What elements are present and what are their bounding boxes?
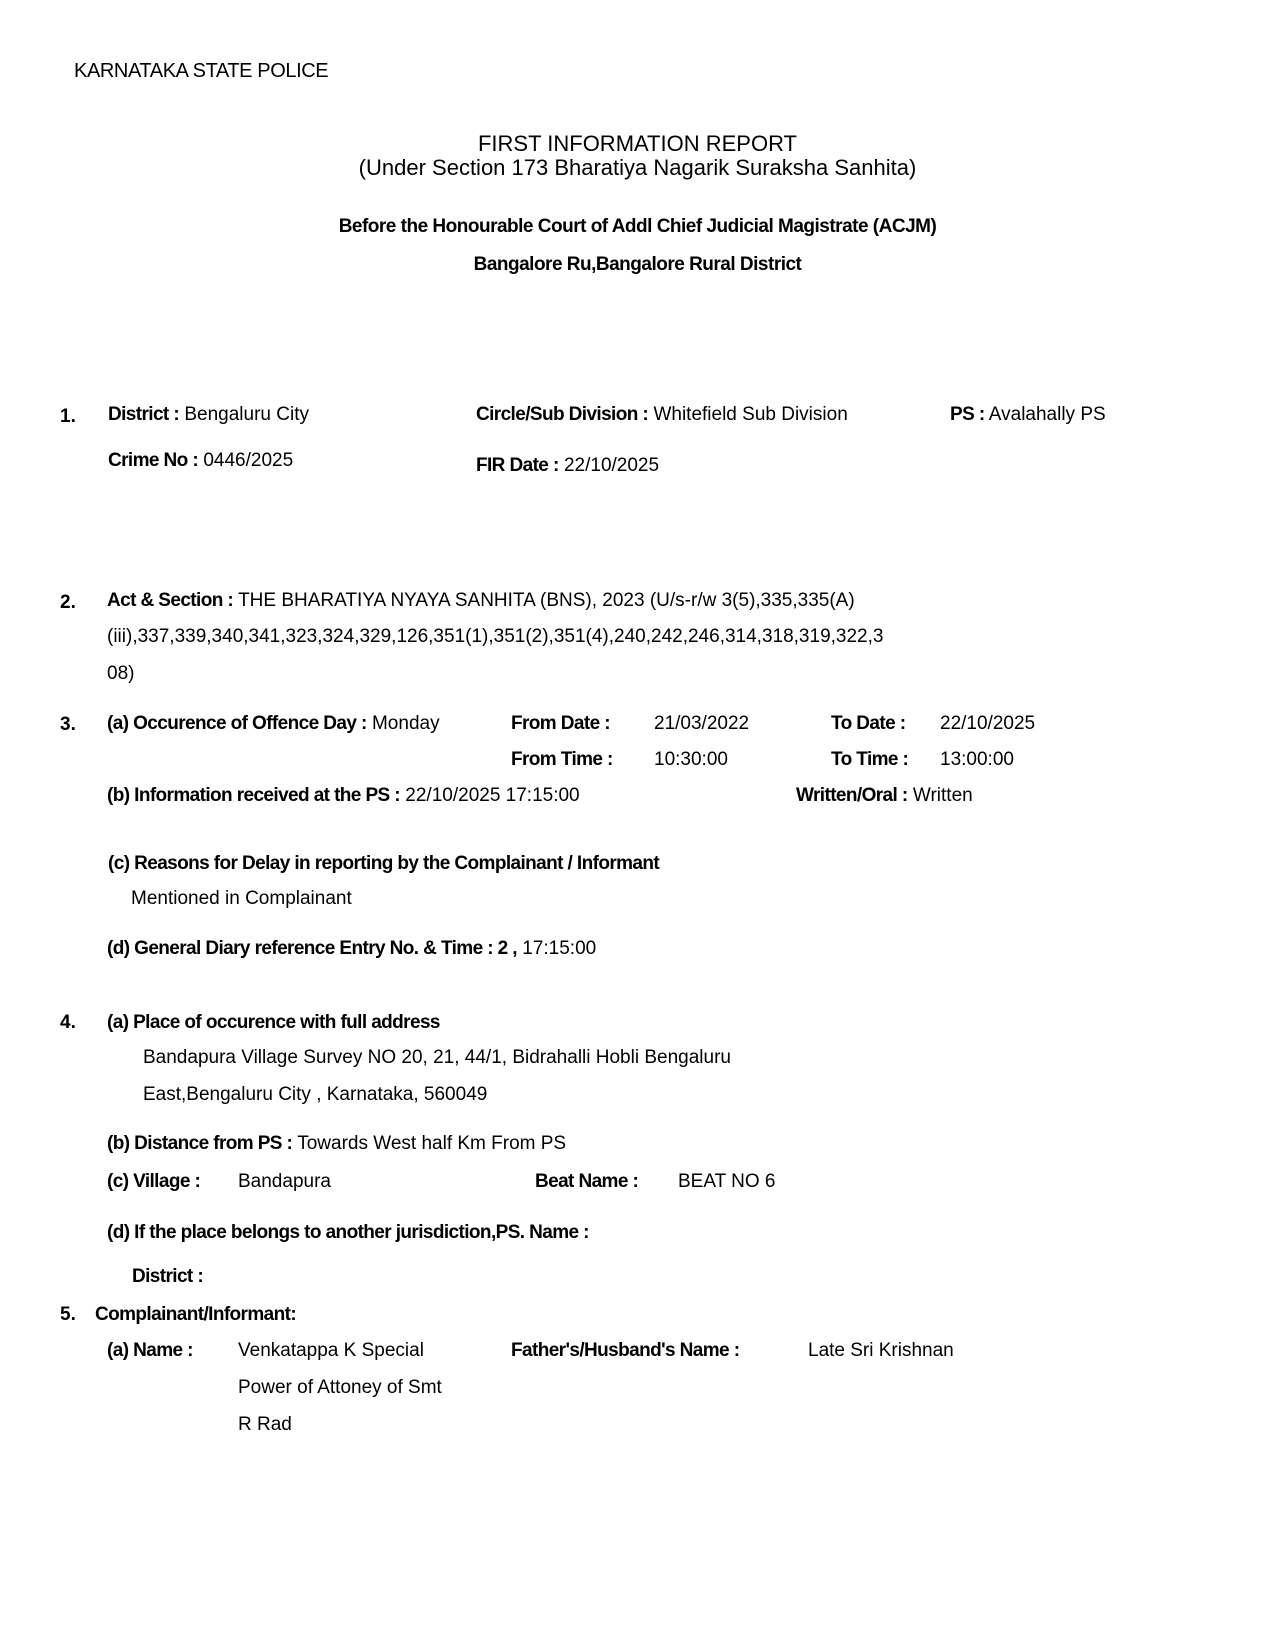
general-diary-field: (d) General Diary reference Entry No. & … bbox=[107, 938, 596, 960]
district-value: Bengaluru City bbox=[184, 404, 309, 425]
complainant-heading: Complainant/Informant: bbox=[95, 1304, 296, 1326]
father-husband-value: Late Sri Krishnan bbox=[808, 1340, 954, 1362]
other-jurisdiction-label: (d) If the place belongs to another juri… bbox=[107, 1222, 589, 1244]
to-time-label: To Time : bbox=[831, 749, 908, 771]
fir-date-value: 22/10/2025 bbox=[564, 455, 659, 476]
beat-name-value: BEAT NO 6 bbox=[678, 1171, 776, 1193]
written-oral-label: Written/Oral : bbox=[796, 785, 908, 806]
from-date-label: From Date : bbox=[511, 713, 610, 735]
section-1-number: 1. bbox=[60, 406, 76, 428]
written-oral-field: Written/Oral : Written bbox=[796, 785, 973, 807]
offence-day-value: Monday bbox=[372, 713, 440, 734]
act-section-line-2: (iii),337,339,340,341,323,324,329,126,35… bbox=[107, 626, 883, 648]
offence-day-field: (a) Occurence of Offence Day : Monday bbox=[107, 713, 440, 735]
distance-field: (b) Distance from PS : Towards West half… bbox=[107, 1133, 566, 1155]
report-title: FIRST INFORMATION REPORT bbox=[0, 132, 1275, 156]
fir-date-label: FIR Date : bbox=[476, 455, 559, 476]
circle-label: Circle/Sub Division : bbox=[476, 404, 648, 425]
distance-value: Towards West half Km From PS bbox=[297, 1133, 566, 1154]
other-district-label: District : bbox=[132, 1266, 203, 1288]
act-section-label: Act & Section : bbox=[107, 590, 233, 611]
from-date-value: 21/03/2022 bbox=[654, 713, 749, 735]
ps-value: Avalahally PS bbox=[989, 404, 1106, 425]
section-3-number: 3. bbox=[60, 714, 76, 736]
village-value: Bandapura bbox=[238, 1171, 331, 1193]
from-time-value: 10:30:00 bbox=[654, 749, 728, 771]
info-received-value: 22/10/2025 17:15:00 bbox=[405, 785, 579, 806]
district-label: District : bbox=[108, 404, 179, 425]
report-subtitle: (Under Section 173 Bharatiya Nagarik Sur… bbox=[0, 156, 1275, 180]
info-received-field: (b) Information received at the PS : 22/… bbox=[107, 785, 580, 807]
offence-day-label: (a) Occurence of Offence Day : bbox=[107, 713, 367, 734]
circle-field: Circle/Sub Division : Whitefield Sub Div… bbox=[476, 404, 848, 426]
court-line-2: Bangalore Ru,Bangalore Rural District bbox=[0, 254, 1275, 276]
agency-name: KARNATAKA STATE POLICE bbox=[74, 60, 328, 83]
written-oral-value: Written bbox=[913, 785, 973, 806]
act-section-line-3: 08) bbox=[107, 663, 134, 685]
crime-no-label: Crime No : bbox=[108, 450, 198, 471]
ps-field: PS : Avalahally PS bbox=[950, 404, 1106, 426]
act-section-field: Act & Section : THE BHARATIYA NYAYA SANH… bbox=[107, 590, 855, 612]
to-date-label: To Date : bbox=[831, 713, 905, 735]
to-time-value: 13:00:00 bbox=[940, 749, 1014, 771]
delay-reason-label: (c) Reasons for Delay in reporting by th… bbox=[108, 853, 659, 875]
general-diary-time: 17:15:00 bbox=[522, 938, 596, 959]
crime-no-field: Crime No : 0446/2025 bbox=[108, 450, 293, 472]
distance-label: (b) Distance from PS : bbox=[107, 1133, 292, 1154]
place-address-line-1: Bandapura Village Survey NO 20, 21, 44/1… bbox=[143, 1047, 731, 1069]
crime-no-value: 0446/2025 bbox=[203, 450, 293, 471]
act-section-line-1: THE BHARATIYA NYAYA SANHITA (BNS), 2023 … bbox=[238, 590, 855, 611]
place-label: (a) Place of occurence with full address bbox=[107, 1012, 440, 1034]
place-address-line-2: East,Bengaluru City , Karnataka, 560049 bbox=[143, 1084, 487, 1106]
delay-reason-value: Mentioned in Complainant bbox=[131, 888, 352, 910]
info-received-label: (b) Information received at the PS : bbox=[107, 785, 400, 806]
father-husband-label: Father's/Husband's Name : bbox=[511, 1340, 739, 1362]
complainant-name-line-1: Venkatappa K Special bbox=[238, 1340, 424, 1362]
general-diary-label: (d) General Diary reference Entry No. & … bbox=[107, 938, 517, 959]
circle-value: Whitefield Sub Division bbox=[653, 404, 847, 425]
court-line-1: Before the Honourable Court of Addl Chie… bbox=[0, 216, 1275, 238]
section-4-number: 4. bbox=[60, 1012, 76, 1034]
section-5-number: 5. bbox=[60, 1304, 76, 1326]
village-label: (c) Village : bbox=[107, 1171, 200, 1193]
beat-name-label: Beat Name : bbox=[535, 1171, 638, 1193]
complainant-name-line-3: R Rad bbox=[238, 1414, 292, 1436]
complainant-name-line-2: Power of Attoney of Smt bbox=[238, 1377, 442, 1399]
fir-date-field: FIR Date : 22/10/2025 bbox=[476, 455, 659, 477]
from-time-label: From Time : bbox=[511, 749, 613, 771]
district-field: District : Bengaluru City bbox=[108, 404, 309, 426]
to-date-value: 22/10/2025 bbox=[940, 713, 1035, 735]
ps-label: PS : bbox=[950, 404, 985, 425]
section-2-number: 2. bbox=[60, 592, 76, 614]
complainant-name-label: (a) Name : bbox=[107, 1340, 193, 1362]
